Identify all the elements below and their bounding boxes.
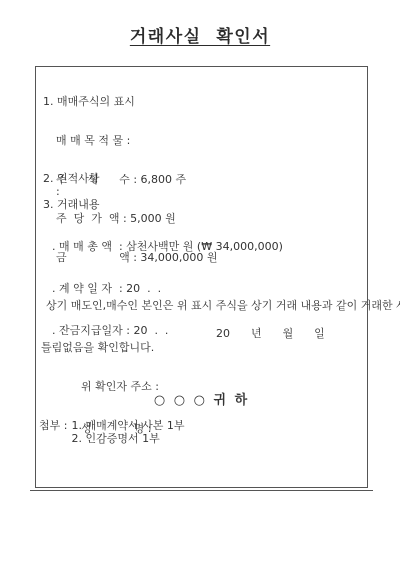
section-1-heading: 1. 매매주식의 표시 [43,95,135,108]
section-3-heading: 3. 거래내용 [43,198,100,211]
statement-line-1: 상기 매도인,매수인 본인은 위 표시 주식을 상기 거래 내용과 같이 거래한… [41,299,363,313]
attachments-label-spacer [39,432,67,445]
section-2-heading: 2. 인적사항 [43,172,100,185]
document-title: 거래사실 확인서 [0,22,400,47]
document-page: 거래사실 확인서 1. 매매주식의 표시 매 매 목 적 물 : 주 식 수 :… [0,0,400,565]
attachment-item-2: 2. 인감증명서 1부 [71,432,184,445]
section-2-colon: : [56,185,60,198]
form-line-sale-total: . 매 매 총 액 : 삼천사백만 원 (₩ 34,000,000) [52,240,283,254]
attachments-block: 첨부 : 1. 매매계약서 사본 1부 2. 인감증명서 1부 [39,419,184,445]
recipient-line: ○ ○ ○ 귀 하 [36,394,367,407]
signer-address-line: 위 확인자 주소 : [81,380,159,394]
attachments-label: 첨부 : [39,419,67,432]
signer-block: 위 확인자 주소 : 성 명 : [81,352,159,464]
content-box: 1. 매매주식의 표시 매 매 목 적 물 : 주 식 수 : 6,800 주 … [35,66,368,488]
form-line-subject: 매 매 목 적 물 : [56,134,218,147]
attachment-item-1: 1. 매매계약서 사본 1부 [71,419,184,432]
date-line: 20 년 월 일 [216,327,325,340]
bottom-rule [30,490,373,491]
